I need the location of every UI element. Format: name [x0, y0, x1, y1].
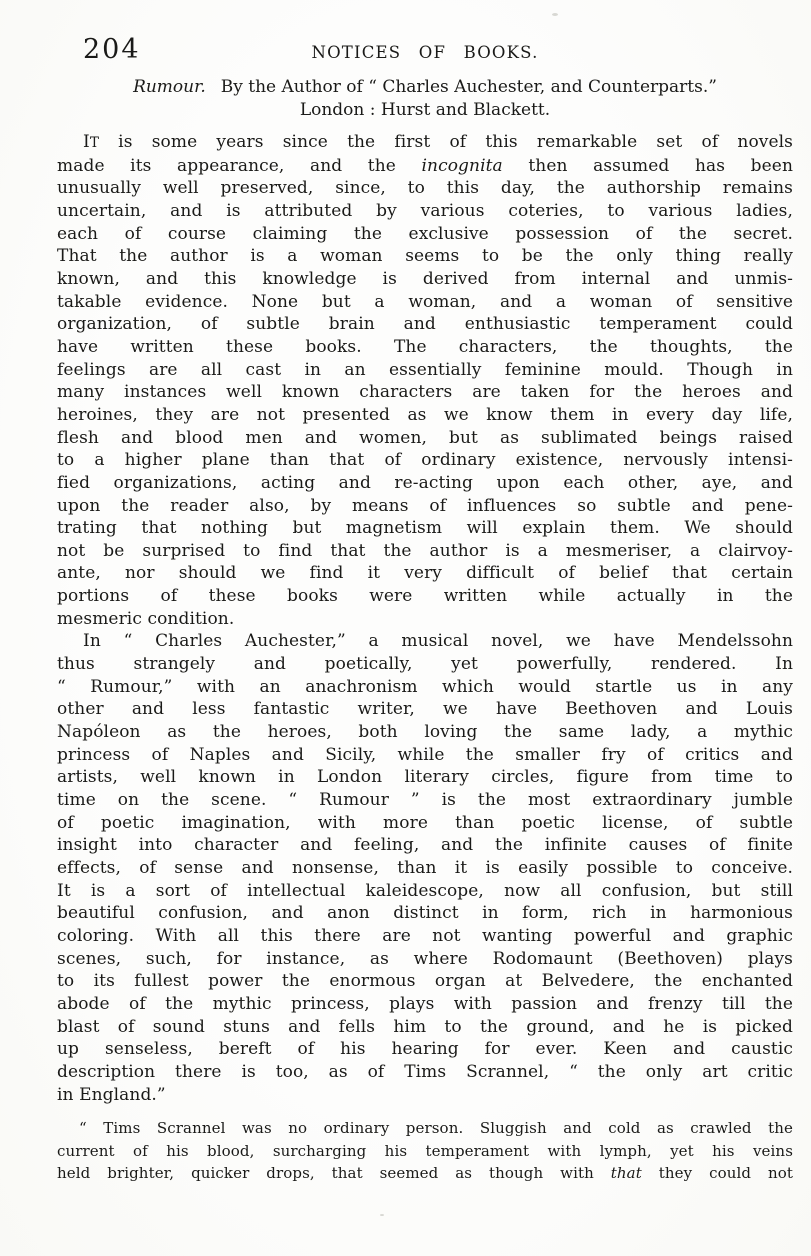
text-line: not be surprised to find that the author…: [57, 540, 793, 563]
text-line: up senseless, bereft of his hearing for …: [57, 1038, 793, 1061]
text-line: known, and this knowledge is derived fro…: [57, 268, 793, 291]
text-line: of poetic imagination, with more than po…: [57, 812, 793, 835]
text-line: artists, well known in London literary c…: [57, 766, 793, 789]
text-line: heroines, they are not presented as we k…: [57, 404, 793, 427]
running-header: NOTICES OF BOOKS.: [57, 43, 793, 62]
text-line: flesh and blood men and women, but as su…: [57, 427, 793, 450]
scan-artifact: [380, 1214, 384, 1216]
paragraph-2: In “ Charles Auchester,” a musical novel…: [57, 630, 793, 1106]
work-title: Rumour.: [133, 77, 206, 97]
review-title-line: Rumour.By the Author of “ Charles Auches…: [57, 76, 793, 99]
byline: By the Author of “ Charles Auchester, an…: [221, 77, 717, 97]
text-line: time on the scene. “ Rumour ” is the mos…: [57, 789, 793, 812]
text-line: ante, nor should we find it very difficu…: [57, 562, 793, 585]
text-line: coloring. With all this there are not wa…: [57, 925, 793, 948]
text-line: abode of the mythic princess, plays with…: [57, 993, 793, 1016]
text-line: mesmeric condition.: [57, 608, 793, 631]
text-line: to its fullest power the enormous organ …: [57, 970, 793, 993]
text-line: effects, of sense and nonsense, than it …: [57, 857, 793, 880]
text-line: other and less fantastic writer, we have…: [57, 698, 793, 721]
text-line: each of course claiming the exclusive po…: [57, 223, 793, 246]
text-line: description there is too, as of Tims Scr…: [57, 1061, 793, 1084]
text-line: organization, of subtle brain and enthus…: [57, 313, 793, 336]
text-line: Napóleon as the heroes, both loving the …: [57, 721, 793, 744]
imprint: London : Hurst and Blackett.: [57, 99, 793, 122]
text-line: In “ Charles Auchester,” a musical novel…: [57, 630, 793, 653]
text-line: IT is some years since the first of this…: [57, 131, 793, 155]
text-line: insight into character and feeling, and …: [57, 834, 793, 857]
scan-artifact: [552, 13, 558, 16]
text-line: feelings are all cast in an essentially …: [57, 359, 793, 382]
text-line: unusually well preserved, since, to this…: [57, 177, 793, 200]
text-line: “ Tims Scrannel was no ordinary person. …: [57, 1117, 793, 1139]
text-line: made its appearance, and the incognita t…: [57, 155, 793, 178]
text-line: uncertain, and is attributed by various …: [57, 200, 793, 223]
text-line: princess of Naples and Sicily, while the…: [57, 744, 793, 767]
text-line: blast of sound stuns and fells him to th…: [57, 1016, 793, 1039]
text-line: portions of these books were written whi…: [57, 585, 793, 608]
text-line: beautiful confusion, and anon distinct i…: [57, 902, 793, 925]
book-page: 204 NOTICES OF BOOKS. Rumour.By the Auth…: [0, 0, 811, 1256]
review-body: IT is some years since the first of this…: [57, 131, 793, 1184]
text-line: “ Rumour,” with an anachronism which wou…: [57, 676, 793, 699]
text-line: many instances well known characters are…: [57, 381, 793, 404]
scan-artifact: [283, 1150, 285, 1152]
text-line: thus strangely and poetically, yet power…: [57, 653, 793, 676]
text-line: scenes, such, for instance, as where Rod…: [57, 948, 793, 971]
text-line: fied organizations, acting and re-acting…: [57, 472, 793, 495]
text-line: current of his blood, surcharging his te…: [57, 1140, 793, 1162]
text-line: have written these books. The characters…: [57, 336, 793, 359]
text-line: trating that nothing but magnetism will …: [57, 517, 793, 540]
text-line: in England.”: [57, 1084, 793, 1107]
text-line: to a higher plane than that of ordinary …: [57, 449, 793, 472]
text-line: upon the reader also, by means of influe…: [57, 495, 793, 518]
page-header: 204 NOTICES OF BOOKS.: [57, 34, 793, 68]
text-line: takable evidence. None but a woman, and …: [57, 291, 793, 314]
paragraph-1: IT is some years since the first of this…: [57, 131, 793, 630]
text-line: held brighter, quicker drops, that seeme…: [57, 1162, 793, 1184]
text-line: That the author is a woman seems to be t…: [57, 245, 793, 268]
review-heading: Rumour.By the Author of “ Charles Auches…: [57, 76, 793, 122]
quoted-extract: “ Tims Scrannel was no ordinary person. …: [57, 1117, 793, 1184]
text-line: It is a sort of intellectual kaleidescop…: [57, 880, 793, 903]
